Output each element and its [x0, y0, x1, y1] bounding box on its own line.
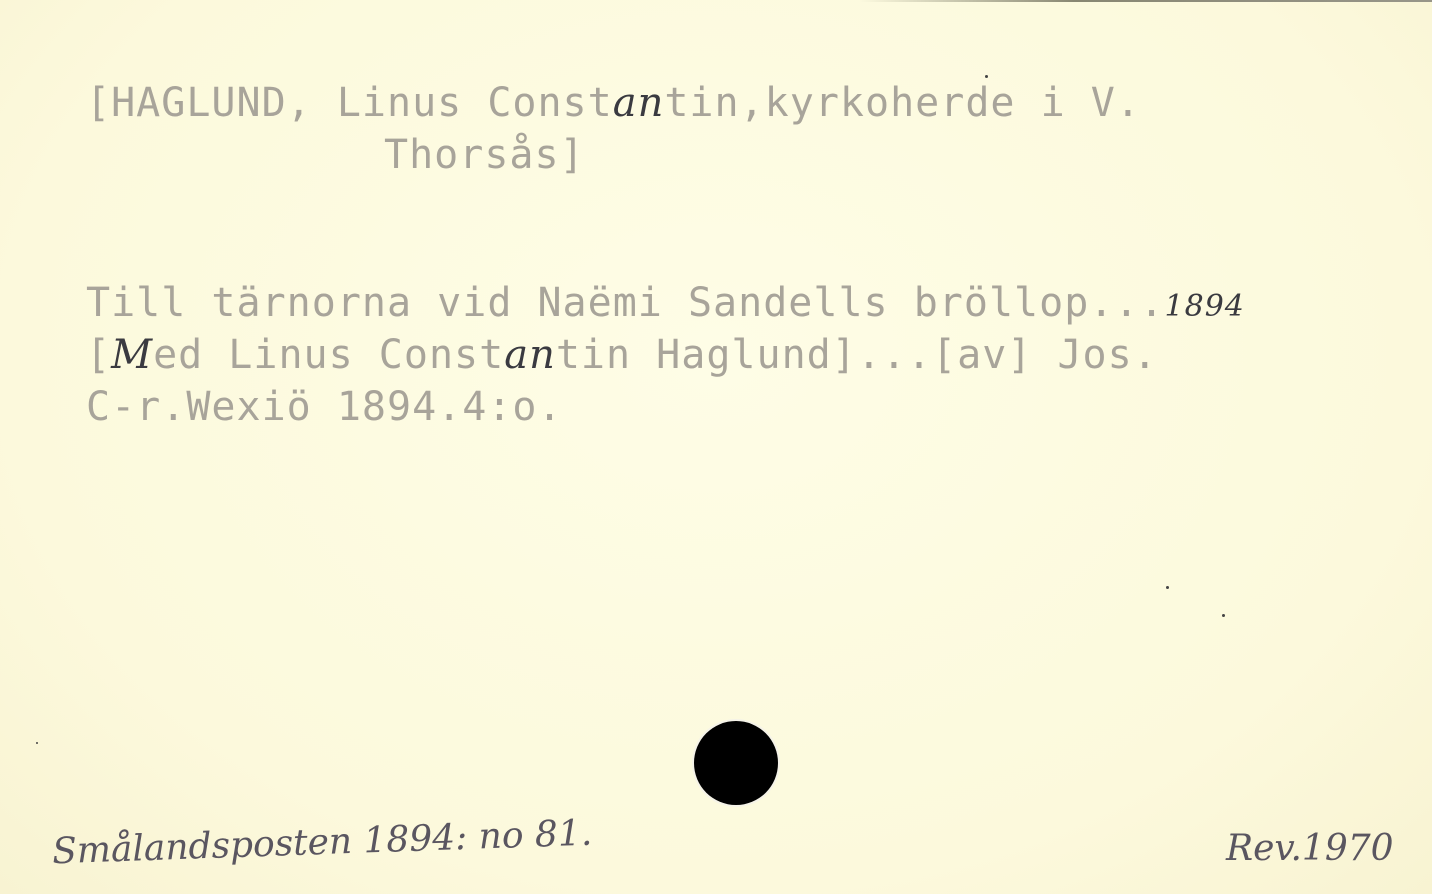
- bracket-open: [: [86, 332, 111, 378]
- body-line-2-part-a: ed Linus Const: [153, 332, 504, 378]
- punch-hole: [694, 721, 778, 805]
- body-line-2: [Med Linus Constantin Haglund]...[av] Jo…: [86, 330, 1158, 380]
- speck: [985, 75, 988, 78]
- heading-text-prefix: [HAGLUND, Linus Const: [86, 80, 613, 126]
- title-text: Till tärnorna vid Naëmi Sandells bröllop…: [86, 280, 1165, 326]
- heading-text-suffix: tin,kyrkoherde i V.: [664, 80, 1141, 126]
- handwritten-year: 1894: [1165, 289, 1245, 324]
- speck: [1222, 614, 1225, 617]
- body-line-2-part-b: tin Haglund]...[av] Jos.: [556, 332, 1158, 378]
- speck: [1166, 586, 1169, 589]
- body-line-3: C-r.Wexiö 1894.4:o.: [86, 382, 563, 432]
- handwritten-correction-m: M: [111, 332, 153, 378]
- handwritten-source-note: Smålandsposten 1894: no 81.: [51, 813, 592, 873]
- handwritten-revision-note: Rev.1970: [1226, 828, 1394, 869]
- card-top-edge: [0, 0, 1432, 2]
- body-line-1: Till tärnorna vid Naëmi Sandells bröllop…: [86, 278, 1245, 332]
- catalog-card: [HAGLUND, Linus Constantin,kyrkoherde i …: [0, 0, 1432, 894]
- handwritten-correction-an: an: [504, 332, 556, 378]
- heading-line-2: Thorsås]: [384, 130, 585, 180]
- heading-line-1: [HAGLUND, Linus Constantin,kyrkoherde i …: [86, 78, 1141, 128]
- speck: [36, 742, 38, 744]
- handwritten-correction: an: [613, 80, 665, 126]
